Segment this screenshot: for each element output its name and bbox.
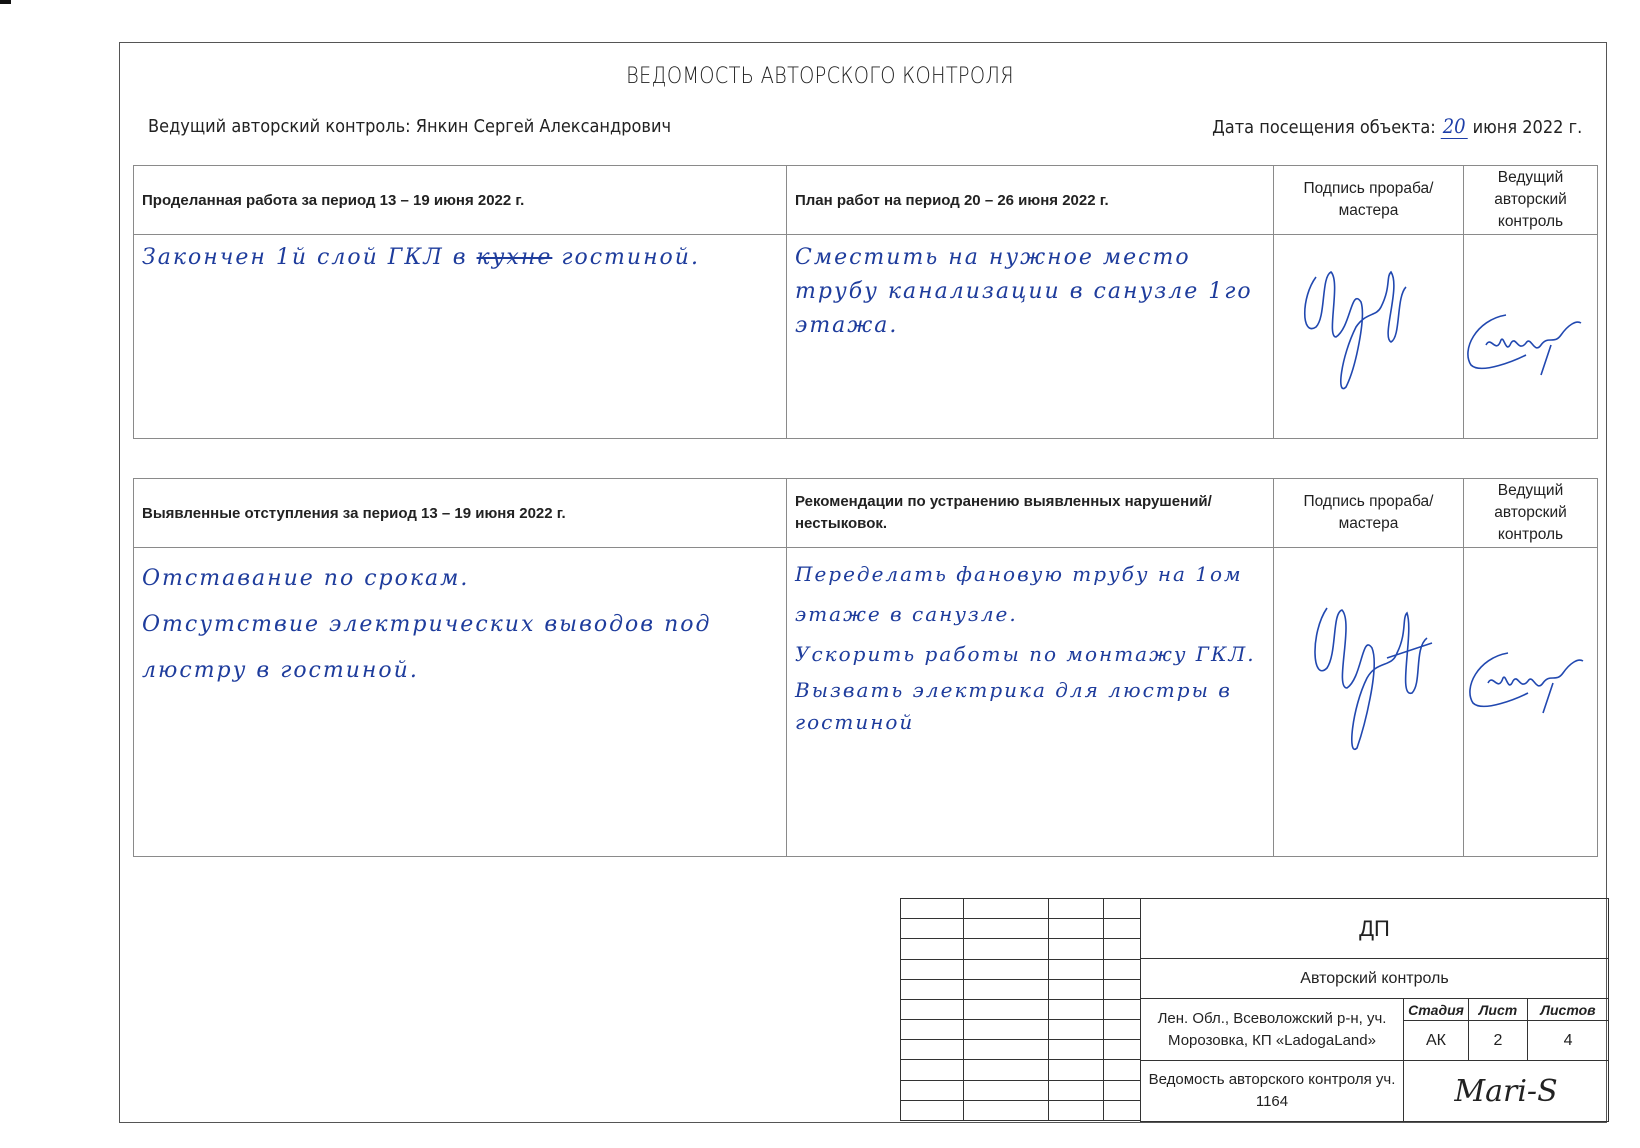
document-title: ВЕДОМОСТЬ АВТОРСКОГО КОНТРОЛЯ (98, 64, 1541, 89)
stage-value: АК (1404, 1021, 1469, 1061)
deviation-item: Отставание по срокам. (142, 556, 780, 602)
object-address: Лен. Обл., Всеволожский р-н, уч. Морозов… (1141, 999, 1404, 1061)
foreman-signature-cell-2 (1274, 548, 1464, 857)
done-work-cell: Закончен 1й слой ГКЛ в кухне гостиной. (134, 235, 787, 439)
header-deviations: Выявленные отступления за период 13 – 19… (134, 479, 787, 548)
scan-corner-mark (0, 0, 11, 4)
header-done-work: Проделанная работа за период 13 – 19 июн… (134, 166, 787, 235)
title-block-info: ДП Авторский контроль Лен. Обл., Всеволо… (1140, 898, 1609, 1122)
title-block: ДП Авторский контроль Лен. Обл., Всеволо… (900, 898, 1608, 1121)
foreman-signature-cell (1274, 235, 1464, 439)
visit-date-label: Дата посещения объекта: (1212, 117, 1436, 138)
foreman-signature-icon (1296, 247, 1416, 397)
header-foreman-signature-2: Подпись прораба/мастера (1274, 479, 1464, 548)
sheet-value: 2 (1469, 1021, 1528, 1061)
work-plan-cell: Сместить на нужное место трубу канализац… (787, 235, 1274, 439)
recommendation-item: Переделать фановую трубу на 1ом этаже в … (795, 554, 1267, 634)
lead-signature-icon (1458, 643, 1598, 733)
recommendations-cell: Переделать фановую трубу на 1ом этаже в … (787, 548, 1274, 857)
header-recommendations: Рекомендации по устранению выявленных на… (787, 479, 1274, 548)
recommendation-item: Вызвать электрика для люстры в гостиной (795, 674, 1267, 738)
lead-supervisor-label: Ведущий авторский контроль: Янкин Сергей… (148, 116, 671, 137)
lead-signature-cell-2 (1464, 548, 1598, 857)
foreman-signature-icon (1302, 588, 1442, 758)
section-name: Авторский контроль (1141, 959, 1609, 999)
lead-signature-cell (1464, 235, 1598, 439)
deviation-item: Отсутствие электрических выводов под люс… (142, 602, 780, 694)
done-work-text: Закончен 1й слой ГКЛ в кухне гостиной. (134, 235, 786, 275)
sheets-label: Листов (1528, 999, 1609, 1021)
project-code: ДП (1141, 899, 1609, 959)
recommendations-list: Переделать фановую трубу на 1ом этаже в … (787, 548, 1273, 738)
sheet-label: Лист (1469, 999, 1528, 1021)
visit-date: Дата посещения объекта: 20 июня 2022 г. (1212, 114, 1582, 138)
designer-signature: Mari-S (1454, 1074, 1557, 1109)
issues-table: Выявленные отступления за период 13 – 19… (133, 478, 1598, 857)
deviations-list: Отставание по срокам. Отсутствие электри… (134, 548, 786, 694)
header-work-plan: План работ на период 20 – 26 июня 2022 г… (787, 166, 1274, 235)
sheets-value: 4 (1528, 1021, 1609, 1061)
drawing-name: Ведомость авторского контроля уч. 1164 (1141, 1061, 1404, 1122)
lead-signature-icon (1456, 305, 1596, 395)
header-foreman-signature: Подпись прораба/мастера (1274, 166, 1464, 235)
stage-label: Стадия (1404, 999, 1469, 1021)
work-plan-text: Сместить на нужное место трубу канализац… (787, 235, 1273, 343)
recommendation-item: Ускорить работы по монтажу ГКЛ. (795, 634, 1267, 674)
visit-month-year: июня 2022 г. (1472, 117, 1582, 138)
struck-word: кухне (477, 245, 553, 270)
header-lead-control: Ведущий авторский контроль (1464, 166, 1598, 235)
designer-signature-cell: Mari-S (1404, 1061, 1609, 1122)
title-block-revision-grid (900, 898, 1141, 1121)
deviations-cell: Отставание по срокам. Отсутствие электри… (134, 548, 787, 857)
visit-day-handwritten: 20 (1441, 114, 1468, 139)
work-table: Проделанная работа за период 13 – 19 июн… (133, 165, 1598, 439)
header-lead-control-2: Ведущий авторский контроль (1464, 479, 1598, 548)
